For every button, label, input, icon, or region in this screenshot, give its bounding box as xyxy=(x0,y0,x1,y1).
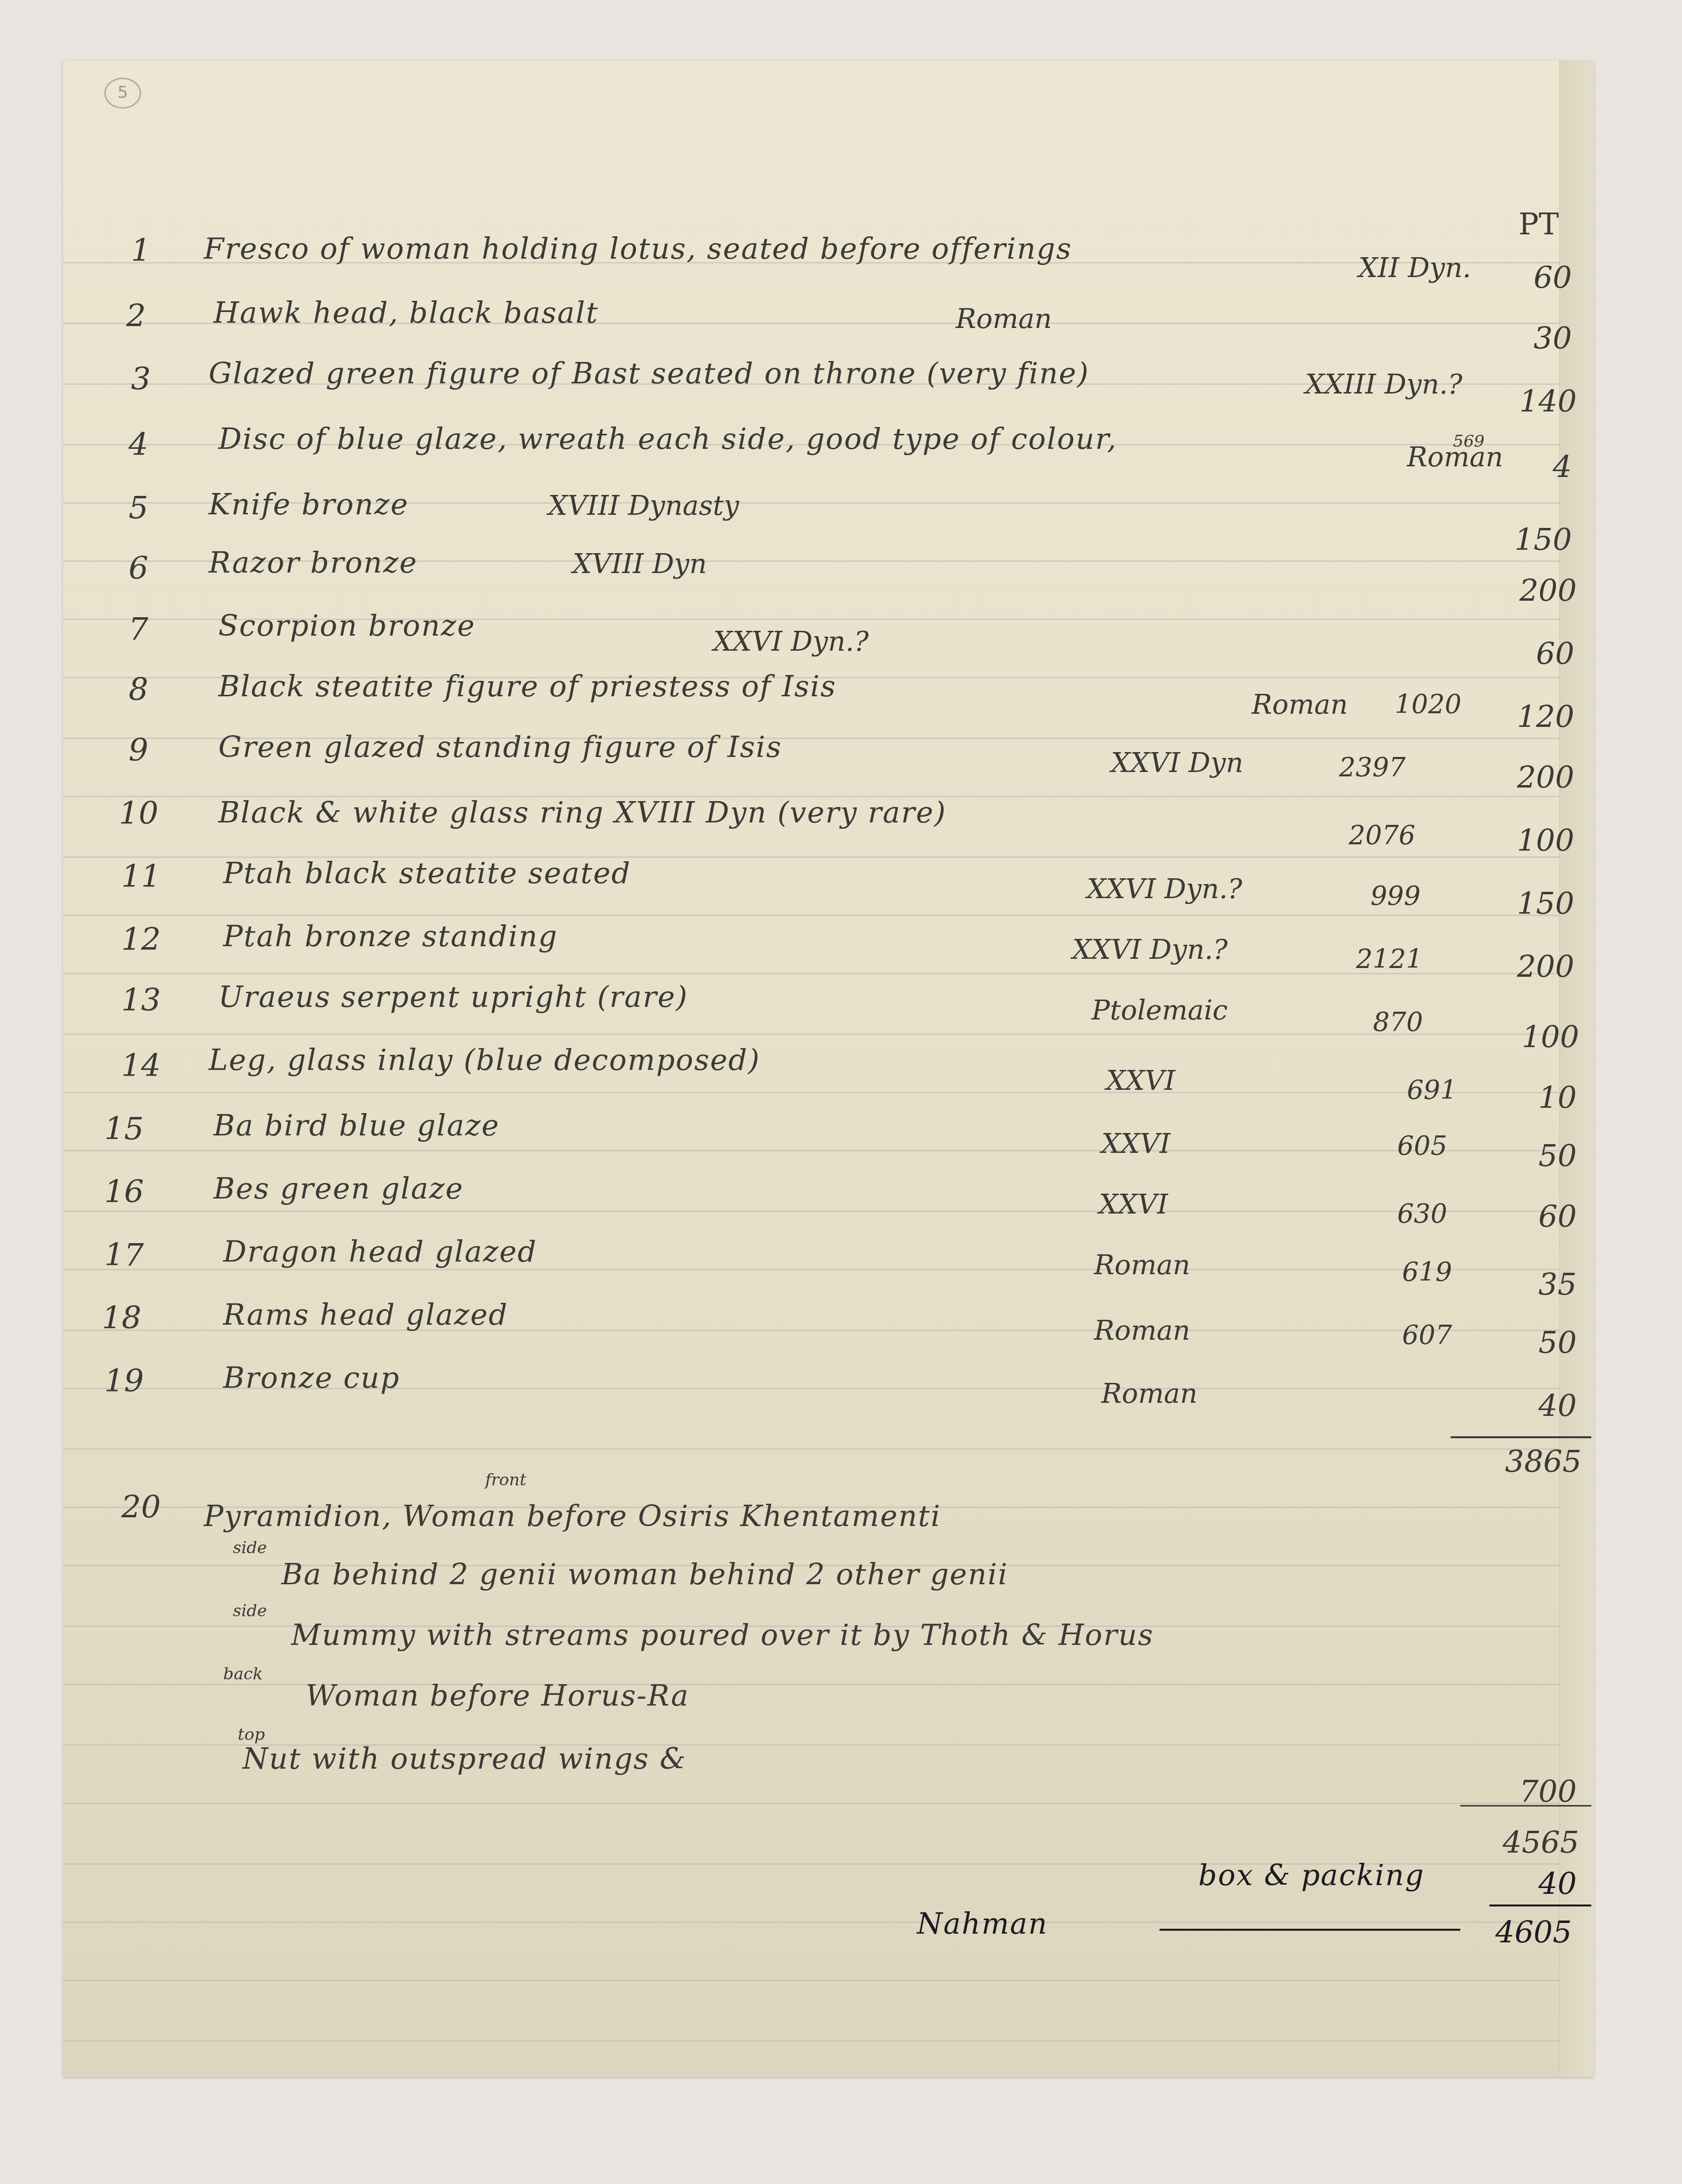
item-description: Leg, glass inlay (blue decomposed) xyxy=(209,1043,760,1077)
price-column-header: PT xyxy=(1519,206,1559,242)
item-description: Bes green glaze xyxy=(213,1172,464,1206)
item-price: 50 xyxy=(1480,1325,1577,1360)
item-price: 10 xyxy=(1480,1080,1577,1115)
item-number: 19 xyxy=(104,1363,144,1399)
grand-total: 4605 xyxy=(1475,1914,1572,1950)
item-price: 50 xyxy=(1480,1138,1577,1173)
sum-rule xyxy=(1460,1805,1591,1806)
item-period: XII Dyn. xyxy=(1358,252,1471,284)
packing-label: box & packing xyxy=(1198,1858,1424,1892)
item-description: Rams head glazed xyxy=(223,1298,508,1332)
item-description: Bronze cup xyxy=(223,1361,400,1395)
item-register-number: 630 xyxy=(1397,1199,1447,1229)
item-description: Hawk head, black basalt xyxy=(213,296,599,330)
face-label-back: back xyxy=(223,1664,263,1684)
item-description: Dragon head glazed xyxy=(223,1235,537,1269)
item-price: 150 xyxy=(1475,522,1572,557)
item-price: 100 xyxy=(1482,1019,1579,1054)
item-price: 60 xyxy=(1475,260,1572,295)
item-period: XXVI xyxy=(1101,1128,1170,1160)
face-label-side: side xyxy=(233,1601,267,1621)
item-number: 16 xyxy=(104,1174,144,1210)
item-price: 120 xyxy=(1477,699,1574,734)
item-period: XXVI Dyn xyxy=(1111,747,1243,779)
item-description: Uraeus serpent upright (rare) xyxy=(218,980,688,1014)
item-number: 17 xyxy=(104,1237,144,1273)
face-label-top: top xyxy=(238,1725,265,1744)
item-register-number: 605 xyxy=(1397,1131,1447,1161)
item-description: Fresco of woman holding lotus, seated be… xyxy=(204,232,1072,266)
item-register-number: 691 xyxy=(1407,1075,1457,1105)
item-register-number: 2076 xyxy=(1349,820,1415,851)
item-period: Ptolemaic xyxy=(1092,995,1228,1026)
item-number: 1 xyxy=(131,233,151,269)
item-description: Black steatite figure of priestess of Is… xyxy=(218,670,836,704)
item-price: 200 xyxy=(1477,949,1574,984)
item-register-number: 619 xyxy=(1402,1257,1452,1287)
item-description: Ptah black steatite seated xyxy=(223,856,631,890)
item-description-line: Nut with outspread wings & xyxy=(243,1742,686,1776)
item-register-number: 2121 xyxy=(1356,944,1422,974)
item-number: 13 xyxy=(121,983,161,1018)
item-annotation-front: front xyxy=(485,1470,526,1490)
item-number: 14 xyxy=(121,1048,161,1084)
item-register-number: 569 xyxy=(1453,432,1485,451)
item-period: XXVI Dyn.? xyxy=(713,626,869,657)
item-price: 4 xyxy=(1475,449,1572,484)
item-description: Ba bird blue glaze xyxy=(213,1109,500,1143)
item-register-number: 999 xyxy=(1371,881,1421,911)
item-description: Razor bronze xyxy=(209,546,418,580)
item-period: Roman xyxy=(1252,689,1348,721)
item-period: Roman xyxy=(1101,1378,1197,1410)
item-description-line: Mummy with streams poured over it by Tho… xyxy=(291,1618,1154,1652)
signature-dash xyxy=(1159,1929,1460,1931)
item-price: 100 xyxy=(1477,822,1574,858)
item-number: 3 xyxy=(131,361,151,397)
item-number: 20 xyxy=(121,1490,161,1526)
item-period: Roman xyxy=(1094,1315,1190,1347)
item-description: Black & white glass ring XVIII Dyn (very… xyxy=(218,796,947,830)
item-register-number: 1020 xyxy=(1395,689,1461,720)
item-description-line: Woman before Horus-Ra xyxy=(306,1679,689,1713)
item-price: 30 xyxy=(1475,320,1572,356)
item-period: Roman xyxy=(956,303,1052,335)
item-number: 4 xyxy=(129,427,148,463)
item-number: 11 xyxy=(121,859,161,895)
item-price: 200 xyxy=(1480,573,1577,608)
item-period: XXVI Dyn.? xyxy=(1087,873,1242,905)
item-register-number: 870 xyxy=(1373,1007,1423,1037)
item-price: 150 xyxy=(1477,886,1574,921)
item-register-number: 2397 xyxy=(1339,752,1405,783)
item-price: 60 xyxy=(1477,636,1574,671)
item-description: Glazed green figure of Bast seated on th… xyxy=(209,357,1089,391)
item-description: Ptah bronze standing xyxy=(223,920,558,953)
item-number: 15 xyxy=(104,1111,144,1147)
total-rule xyxy=(1489,1905,1591,1906)
item-description: Green glazed standing figure of Isis xyxy=(218,730,782,764)
item-description: Knife bronze xyxy=(209,488,408,522)
item-period: Roman xyxy=(1094,1249,1190,1281)
item-register-number: 607 xyxy=(1402,1320,1452,1350)
item-price: 35 xyxy=(1480,1266,1577,1302)
item-period: XVIII Dyn xyxy=(572,548,707,580)
item-number: 9 xyxy=(129,733,148,769)
page-number: 5 xyxy=(104,78,141,109)
item-number: 12 xyxy=(121,922,161,958)
item-number: 7 xyxy=(129,611,148,647)
item-price: 700 xyxy=(1480,1773,1577,1809)
vendor-name: Nahman xyxy=(917,1907,1048,1941)
item-period: XVIII Dynasty xyxy=(548,490,739,522)
subtotal-rule xyxy=(1451,1436,1591,1438)
face-label-side: side xyxy=(233,1538,267,1558)
item-number: 10 xyxy=(119,796,158,832)
item-description: Scorpion bronze xyxy=(218,609,475,643)
packing-amount: 40 xyxy=(1480,1866,1577,1901)
item-period: XXVI xyxy=(1106,1065,1175,1097)
sum-total: 4565 xyxy=(1482,1824,1579,1860)
item-price: 40 xyxy=(1480,1388,1577,1423)
item-number: 2 xyxy=(126,298,146,334)
subtotal: 3865 xyxy=(1485,1444,1582,1479)
item-number: 5 xyxy=(129,490,148,526)
item-price: 140 xyxy=(1480,383,1577,419)
item-number: 8 xyxy=(129,672,148,708)
item-description: Pyramidion, Woman before Osiris Khentame… xyxy=(204,1499,941,1533)
item-number: 6 xyxy=(129,551,148,587)
item-number: 18 xyxy=(102,1300,141,1336)
item-description-line: Ba behind 2 genii woman behind 2 other g… xyxy=(281,1558,1008,1592)
item-period: XXIII Dyn.? xyxy=(1305,369,1462,400)
item-price: 200 xyxy=(1477,759,1574,795)
item-period: XXVI Dyn.? xyxy=(1072,934,1228,966)
item-period: XXVI xyxy=(1099,1189,1168,1220)
item-description: Disc of blue glaze, wreath each side, go… xyxy=(218,422,1117,456)
item-price: 60 xyxy=(1480,1199,1577,1234)
